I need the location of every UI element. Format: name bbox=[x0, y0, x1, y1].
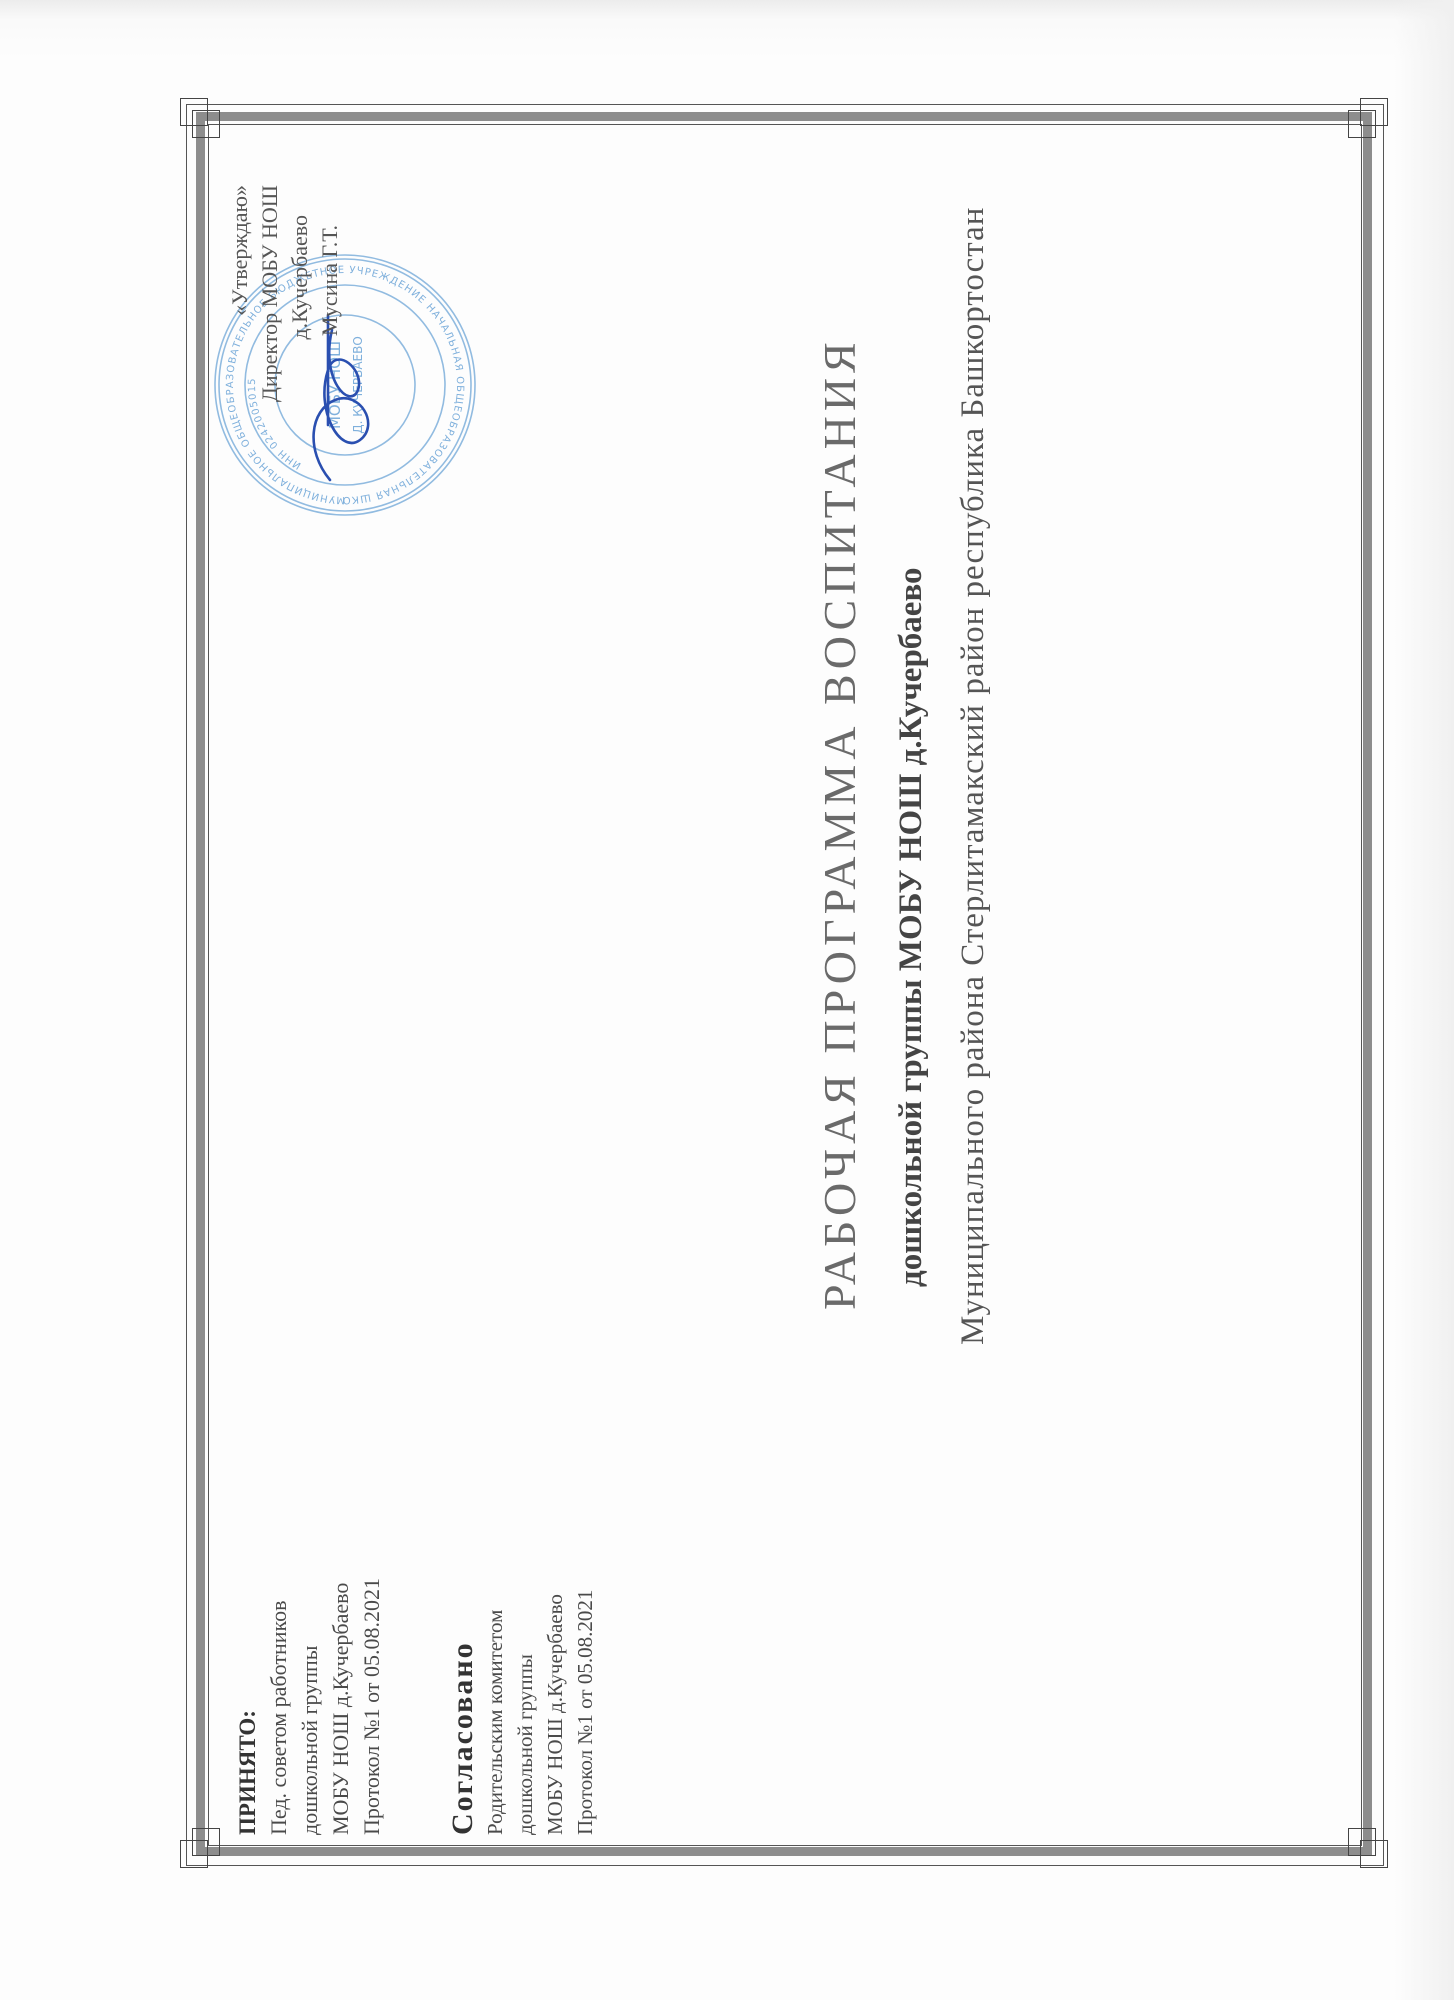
accepted-line: МОБУ НОШ д.Кучербаево bbox=[325, 1578, 356, 1835]
approval-signatory: Мусина Г.Т. bbox=[315, 185, 345, 565]
scan-edge-shadow bbox=[1394, 0, 1454, 2000]
approval-block: «Утверждаю» Директор МОБУ НОШ д.Кучербае… bbox=[225, 185, 345, 565]
agreed-heading: Согласовано bbox=[447, 1590, 478, 1835]
agreed-block: Согласовано Родительским комитетом дошко… bbox=[447, 1590, 600, 1835]
agreed-line: Родительским комитетом bbox=[480, 1590, 510, 1835]
document-subtitle: дошкольной группы МОБУ НОШ д.Кучербаево bbox=[893, 567, 930, 1287]
approval-line: Директор МОБУ НОШ bbox=[255, 185, 285, 565]
accepted-line: дошкольной группы bbox=[294, 1578, 325, 1835]
approval-line: «Утверждаю» bbox=[225, 185, 255, 565]
accepted-heading: ПРИНЯТО: bbox=[232, 1578, 263, 1835]
accepted-line: Протокол №1 от 05.08.2021 bbox=[356, 1578, 387, 1835]
document-region: Муниципального района Стерлитамакский ра… bbox=[955, 207, 992, 1345]
document-title: РАБОЧАЯ ПРОГРАММА ВОСПИТАНИЯ bbox=[813, 337, 866, 1310]
agreed-line: МОБУ НОШ д.Кучербаево bbox=[540, 1590, 570, 1835]
agreed-line: Протокол №1 от 05.08.2021 bbox=[570, 1590, 600, 1835]
accepted-block: ПРИНЯТО: Пед. советом работников дошколь… bbox=[232, 1578, 387, 1835]
approval-line: д.Кучербаево bbox=[285, 185, 315, 565]
agreed-line: дошкольной группы bbox=[510, 1590, 540, 1835]
accepted-line: Пед. советом работников bbox=[263, 1578, 294, 1835]
title-page-rotated: ПРИНЯТО: Пед. советом работников дошколь… bbox=[185, 100, 1385, 1865]
